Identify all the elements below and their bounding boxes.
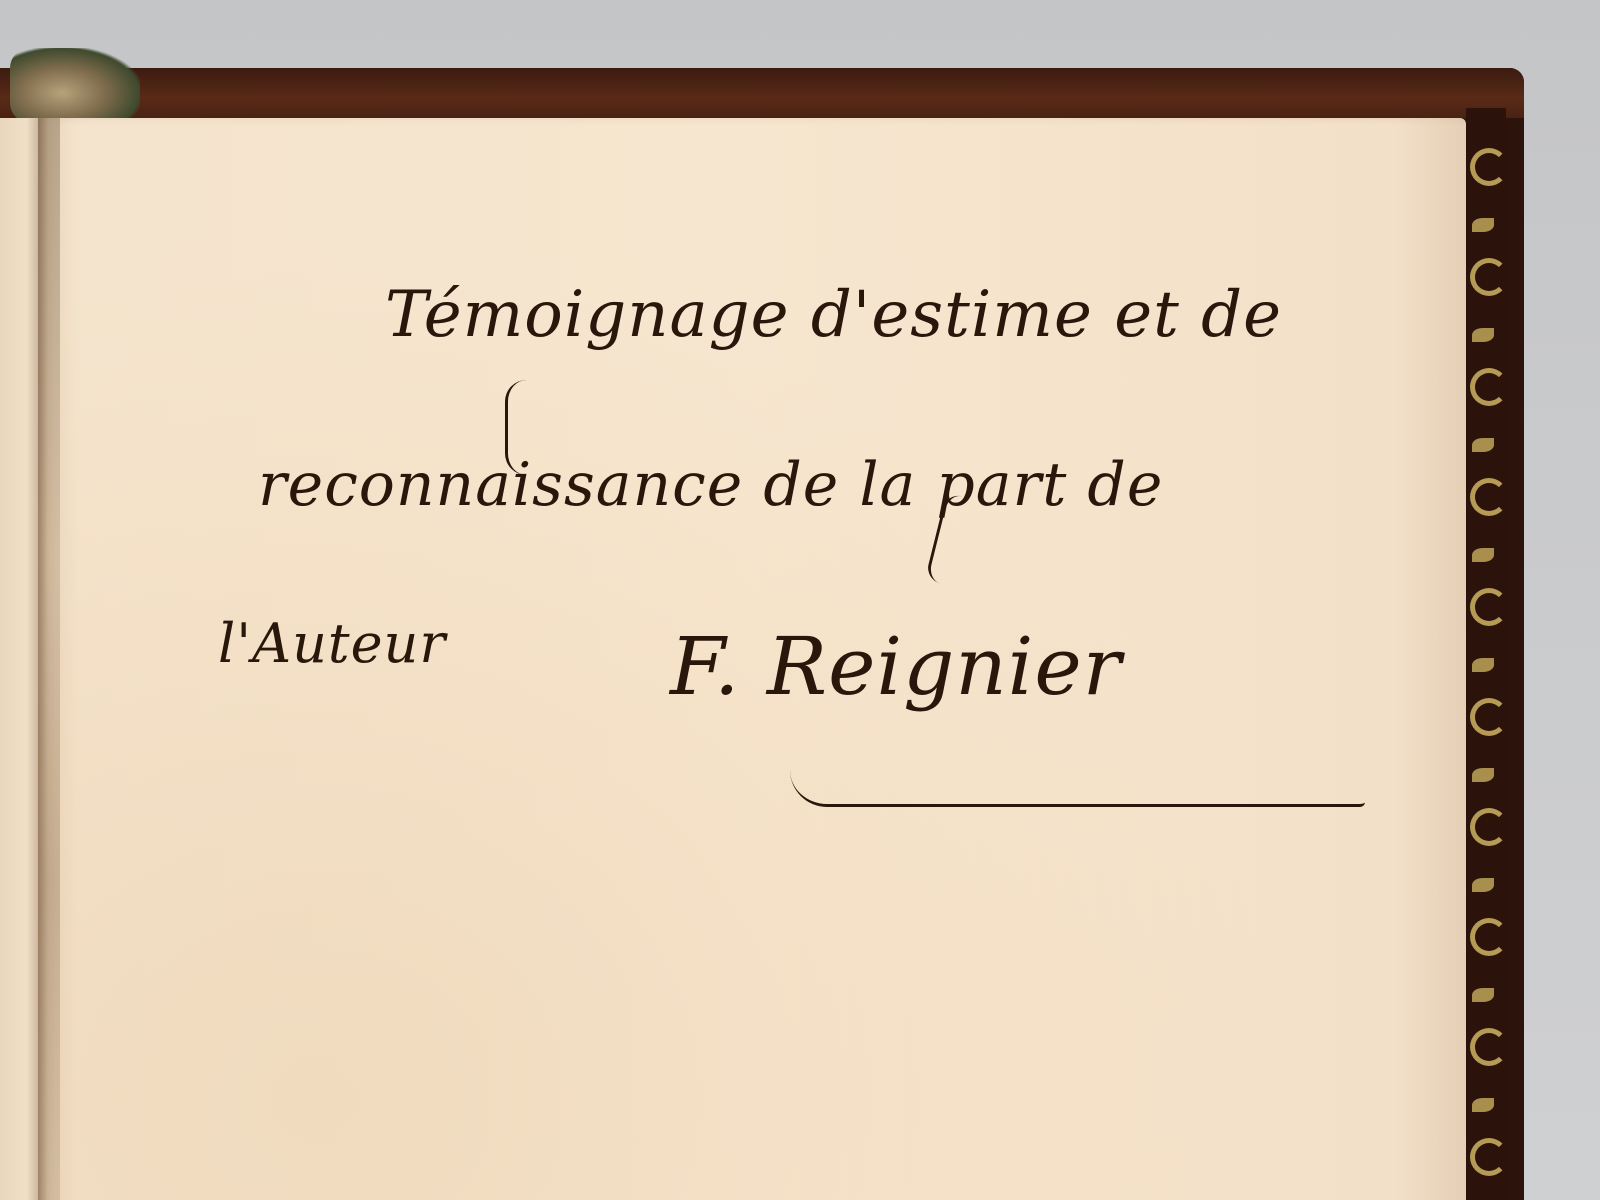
gilt-leaf-icon <box>1472 658 1494 672</box>
gilt-scroll-icon <box>1470 368 1506 406</box>
gilt-leaf-icon <box>1472 1098 1494 1112</box>
author-signature: F. Reignier <box>670 620 1122 713</box>
gilt-scroll-icon <box>1470 918 1506 956</box>
gilt-leaf-icon <box>1472 328 1494 342</box>
inscription-line-2: reconnaissance de la part de <box>258 450 1163 520</box>
ink-descender-loop <box>505 380 548 475</box>
gilt-scroll-icon <box>1470 1138 1506 1176</box>
gilt-scroll-icon <box>1470 808 1506 846</box>
worn-headband <box>10 48 140 123</box>
inscription-line-1: Témoignage d'estime et de <box>385 278 1282 352</box>
gilt-scroll-icon <box>1470 148 1506 186</box>
gilt-tooled-border <box>1466 108 1506 1200</box>
gilt-leaf-icon <box>1472 988 1494 1002</box>
gilt-leaf-icon <box>1472 218 1494 232</box>
gilt-scroll-icon <box>1470 588 1506 626</box>
gilt-leaf-icon <box>1472 768 1494 782</box>
gilt-leaf-icon <box>1472 438 1494 452</box>
inscription-line-3: l'Auteur <box>218 612 446 675</box>
gutter-foxing <box>38 118 60 1200</box>
facing-page-edge <box>0 118 38 1200</box>
signature-underline-flourish <box>790 770 1365 807</box>
book-cover-top-edge <box>0 68 1524 118</box>
gilt-leaf-icon <box>1472 878 1494 892</box>
gilt-scroll-icon <box>1470 478 1506 516</box>
gilt-leaf-icon <box>1472 548 1494 562</box>
gilt-scroll-icon <box>1470 698 1506 736</box>
gilt-scroll-icon <box>1470 1028 1506 1066</box>
gilt-scroll-icon <box>1470 258 1506 296</box>
